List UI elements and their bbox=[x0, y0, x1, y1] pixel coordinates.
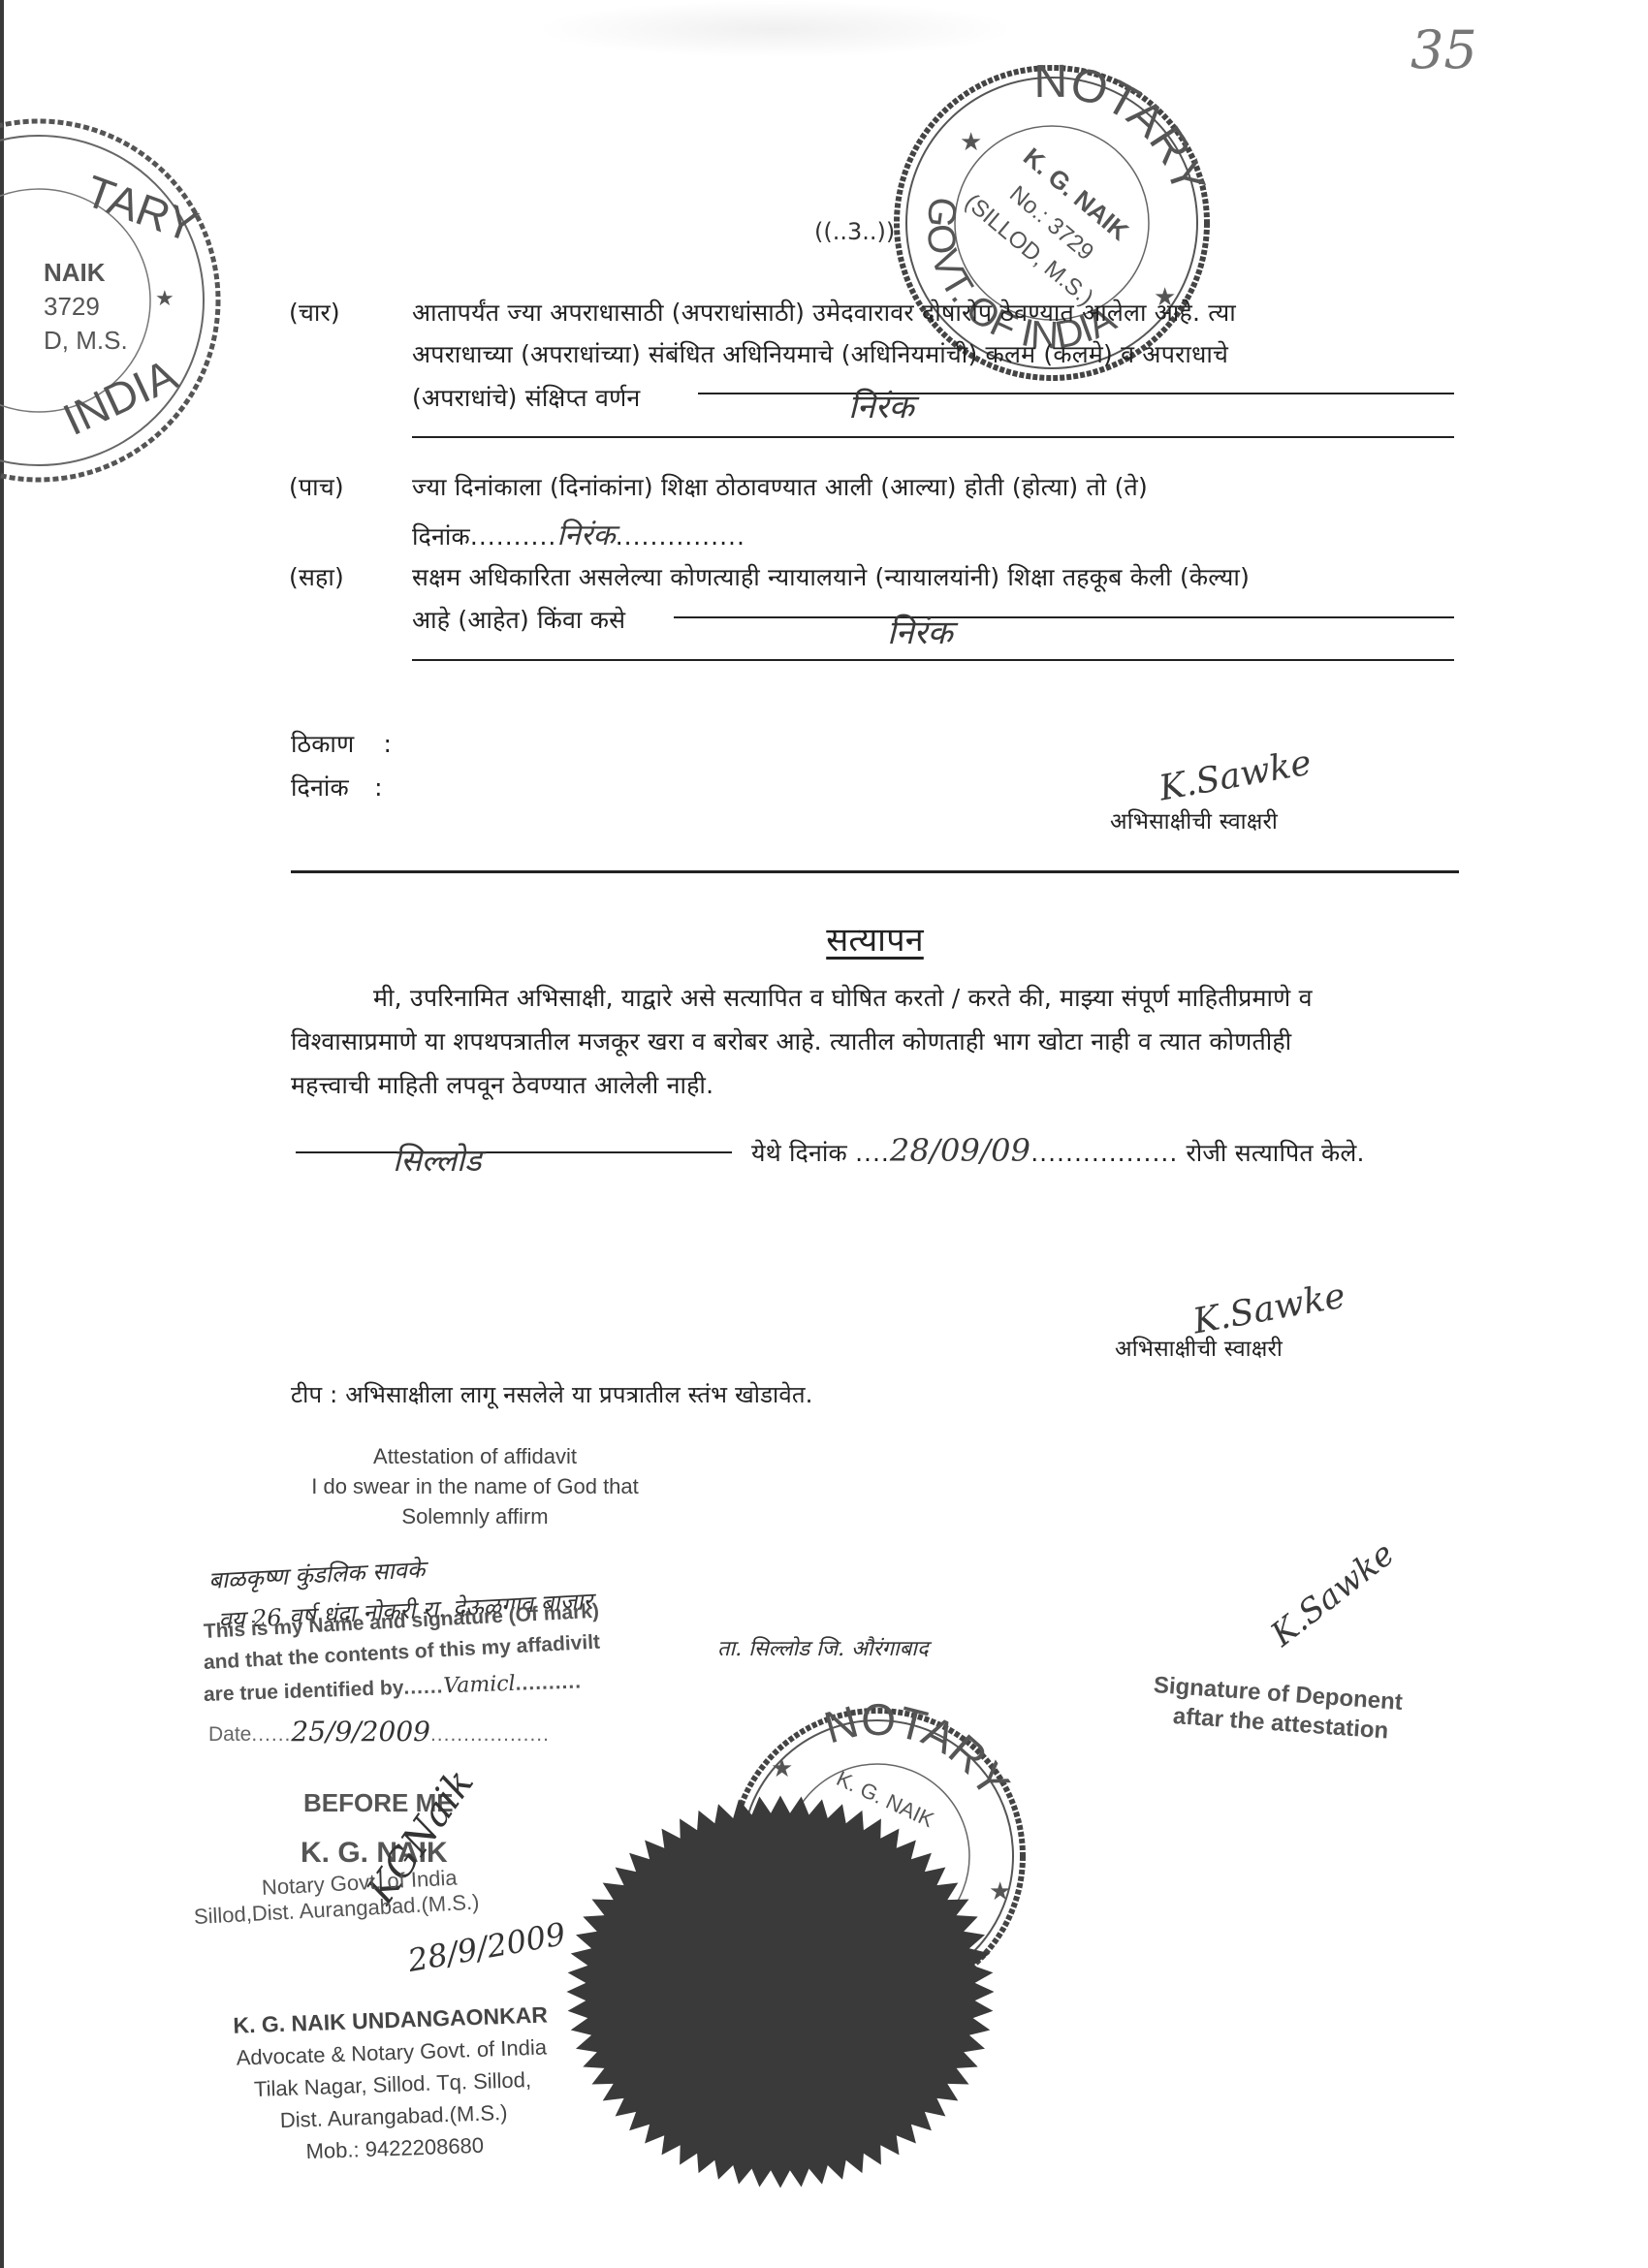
dotted-fill: .......... bbox=[515, 1670, 582, 1694]
fill-line bbox=[412, 659, 1454, 661]
handwritten-nil: निरंक bbox=[848, 383, 914, 427]
continuation-marker: ((..3..)) bbox=[814, 218, 895, 245]
signature-label-2: अभिसाक्षीची स्वाक्षरी bbox=[1115, 1332, 1283, 1363]
place-field: ठिकाण : bbox=[291, 727, 392, 760]
verification-para-line-1: मी, उपरिनामित अभिसाक्षी, याद्वारे असे सत… bbox=[373, 981, 1459, 1014]
item-six-line-2: आहे (आहेत) किंवा कसे bbox=[412, 603, 625, 636]
dotted-fill: ...... bbox=[403, 1675, 444, 1698]
handwritten-nil: निरंक bbox=[556, 519, 615, 552]
date-label: दिनांक bbox=[412, 522, 470, 551]
separator: : bbox=[374, 773, 383, 802]
dotted-fill: ................. bbox=[1030, 1139, 1178, 1167]
attestation-block: Attestation of affidavit I do swear in t… bbox=[184, 1441, 766, 1531]
dotted-fill: ...... bbox=[251, 1723, 291, 1746]
handwritten-nil: निरंक bbox=[887, 609, 953, 653]
item-five-line-1: ज्या दिनांकाला (दिनांकांना) शिक्षा ठोठाव… bbox=[412, 470, 1459, 503]
svg-text:★: ★ bbox=[960, 127, 982, 156]
svg-text:3729: 3729 bbox=[44, 292, 100, 321]
deponent-attest-signature: K.Sawke bbox=[1264, 1534, 1403, 1654]
handwritten-attest-date: 25/9/2009 bbox=[291, 1716, 430, 1748]
place-label: ठिकाण bbox=[291, 730, 354, 758]
item-five-date-label: दिनांक..........निरंक............... bbox=[412, 514, 745, 553]
identified-by-label: are true identified by bbox=[204, 1677, 404, 1706]
item-label-six: (सहा) bbox=[289, 560, 344, 593]
attestation-line-1: I do swear in the name of God that bbox=[184, 1471, 766, 1501]
place-fill-line bbox=[296, 1151, 732, 1153]
embossed-seal-icon bbox=[567, 1793, 994, 2190]
date-prefix: Date bbox=[208, 1723, 251, 1746]
notary-sign-date: 28/9/2009 bbox=[405, 1915, 568, 1979]
verification-date-line: येथे दिनांक ....28/09/09................… bbox=[751, 1132, 1365, 1169]
attestation-title: Attestation of affidavit bbox=[184, 1441, 766, 1471]
at-date-label: येथे दिनांक bbox=[751, 1139, 847, 1167]
deponent-signature: K.Sawke bbox=[1157, 743, 1315, 809]
date-field: दिनांक : bbox=[291, 771, 383, 803]
page-number: 35 bbox=[1410, 19, 1477, 80]
handwritten-identifier: Vamicl bbox=[443, 1672, 516, 1699]
attestation-identified-line: are true identified by......Vamicl......… bbox=[204, 1669, 583, 1707]
left-notary-stamp-icon: TARY NAIK 3729 D, M.S. INDIA ★ bbox=[0, 126, 242, 475]
item-six-line-1: सक्षम अधिकारिता असलेल्या कोणत्याही न्याय… bbox=[412, 560, 1459, 593]
svg-text:TARY: TARY bbox=[79, 166, 205, 252]
date-label: दिनांक bbox=[291, 773, 349, 802]
dotted-fill: .................. bbox=[430, 1723, 550, 1746]
verification-para-line-3: महत्त्वाची माहिती लपवून ठेवण्यात आलेली न… bbox=[291, 1068, 1459, 1101]
svg-text:D, M.S.: D, M.S. bbox=[44, 326, 128, 355]
verification-para-line-2: विश्वासाप्रमाणे या शपथपत्रातील मजकूर खरा… bbox=[291, 1024, 1459, 1057]
attestation-line-2: Solemnly affirm bbox=[184, 1501, 766, 1531]
dotted-fill: .... bbox=[855, 1139, 890, 1167]
scan-shadow bbox=[533, 0, 1018, 58]
svg-text:★: ★ bbox=[155, 286, 174, 310]
item-four-line-3: (अपराधांचे) संक्षिप्त वर्णन bbox=[412, 381, 640, 414]
handwritten-date: 28/09/09 bbox=[890, 1132, 1030, 1169]
notary-rubber-stamp: K. G. NAIK UNDANGAONKAR Advocate & Notar… bbox=[176, 1997, 608, 2171]
signature-label: अभिसाक्षीची स्वाक्षरी bbox=[1110, 804, 1278, 835]
item-label-five: (पाच) bbox=[289, 470, 344, 503]
attestation-date-line: Date......25/9/2009.................. bbox=[208, 1716, 550, 1748]
handwritten-taluka: ता. सिल्लोड जि. औरंगाबाद bbox=[717, 1633, 929, 1662]
dotted-fill: ............... bbox=[616, 522, 745, 551]
svg-text:NAIK: NAIK bbox=[44, 258, 106, 287]
dotted-fill: .......... bbox=[470, 522, 556, 551]
fill-line bbox=[674, 616, 1454, 618]
verified-suffix: रोजी सत्यापित केले. bbox=[1186, 1139, 1364, 1167]
svg-text:★: ★ bbox=[771, 1753, 793, 1782]
handwritten-place: सिल्लोड bbox=[393, 1139, 481, 1181]
section-divider bbox=[291, 870, 1459, 873]
note-text: टीप : अभिसाक्षीला लागू नसलेले या प्रपत्र… bbox=[291, 1378, 813, 1410]
item-label-four: (चार) bbox=[289, 296, 340, 329]
handwritten-name: बाळकृष्ण कुंडलिक सावके bbox=[207, 1553, 426, 1596]
fill-line bbox=[698, 393, 1454, 394]
fill-line bbox=[412, 436, 1454, 438]
verification-title: सत्यापन bbox=[0, 916, 1648, 961]
item-four-line-2: अपराधाच्या (अपराधांच्या) संबंधित अधिनियम… bbox=[412, 337, 1459, 370]
item-four-line-1: आतापर्यंत ज्या अपराधासाठी (अपराधांसाठी) … bbox=[412, 296, 1459, 329]
separator: : bbox=[384, 730, 393, 758]
